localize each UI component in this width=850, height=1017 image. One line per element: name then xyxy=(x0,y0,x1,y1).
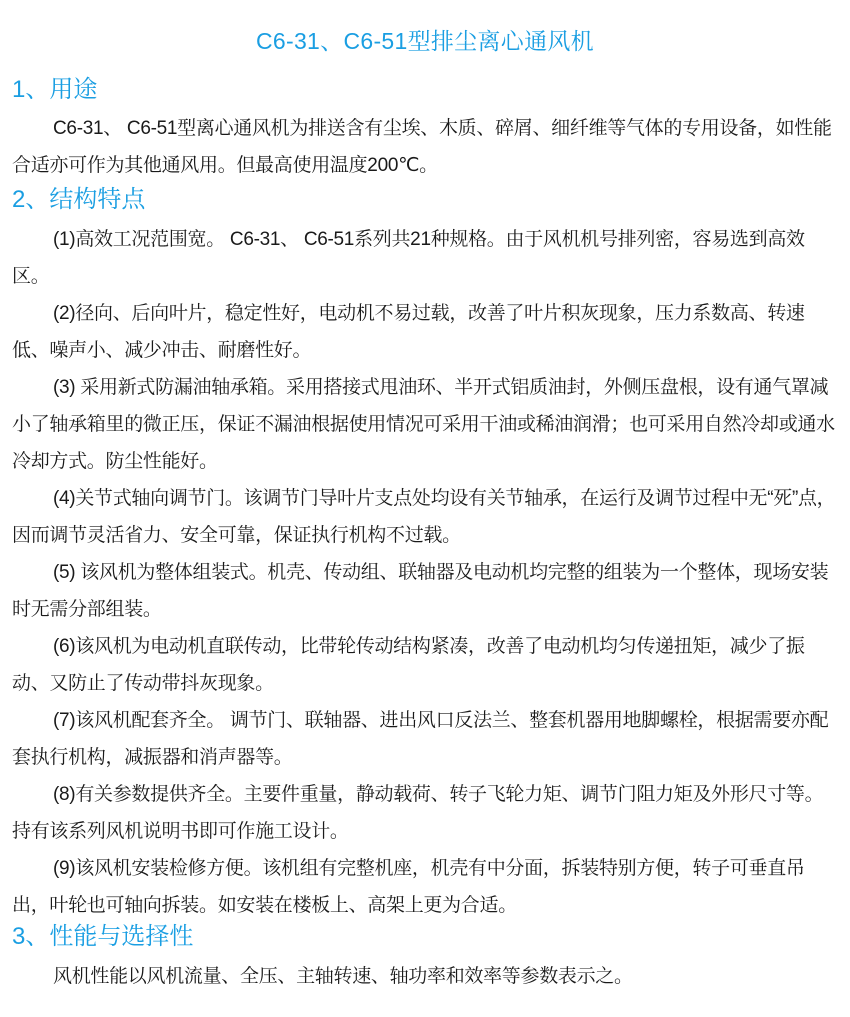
paragraph-structure-2: (2)径向、后向叶片，稳定性好，电动机不易过载，改善了叶片积灰现象，压力系数高、… xyxy=(12,295,842,369)
paragraph-performance: 风机性能以风机流量、全压、主轴转速、轴功率和效率等参数表示之。 xyxy=(12,958,842,995)
paragraph-structure-1: (1)高效工况范围宽。 C6-31、 C6-51系列共21种规格。由于风机机号排… xyxy=(12,221,842,295)
paragraph-structure-5: (5) 该风机为整体组装式。机壳、传动组、联轴器及电动机均完整的组装为一个整体，… xyxy=(12,554,842,628)
paragraph-structure-7: (7)该风机配套齐全。 调节门、联轴器、进出风口反法兰、整套机器用地脚螺栓，根据… xyxy=(12,702,842,776)
paragraph-structure-3: (3) 采用新式防漏油轴承箱。采用搭接式甩油环、半开式铝质油封，外侧压盘根，设有… xyxy=(12,369,842,480)
section-heading-performance: 3、性能与选择性 xyxy=(12,921,193,953)
paragraph-structure-9: (9)该风机安装检修方便。该机组有完整机座，机壳有中分面，拆装特别方便，转子可垂… xyxy=(12,850,842,924)
paragraph-structure-8: (8)有关参数提供齐全。主要件重量，静动载荷、转子飞轮力矩、调节门阻力矩及外形尺… xyxy=(12,776,842,850)
page-title: C6-31、C6-51型排尘离心通风机 xyxy=(0,24,850,58)
paragraph-usage: C6-31、 C6-51型离心通风机为排送含有尘埃、木质、碎屑、细纤维等气体的专… xyxy=(12,110,842,184)
document: C6-31、C6-51型排尘离心通风机 1、用途 C6-31、 C6-51型离心… xyxy=(0,0,850,1017)
section-heading-usage: 1、用途 xyxy=(12,74,97,106)
section-heading-structure: 2、结构特点 xyxy=(12,184,145,216)
paragraph-structure-4: (4)关节式轴向调节门。该调节门导叶片支点处均设有关节轴承，在运行及调节过程中无… xyxy=(12,480,842,554)
paragraph-structure-6: (6)该风机为电动机直联传动，比带轮传动结构紧凑，改善了电动机均匀传递扭矩，减少… xyxy=(12,628,842,702)
